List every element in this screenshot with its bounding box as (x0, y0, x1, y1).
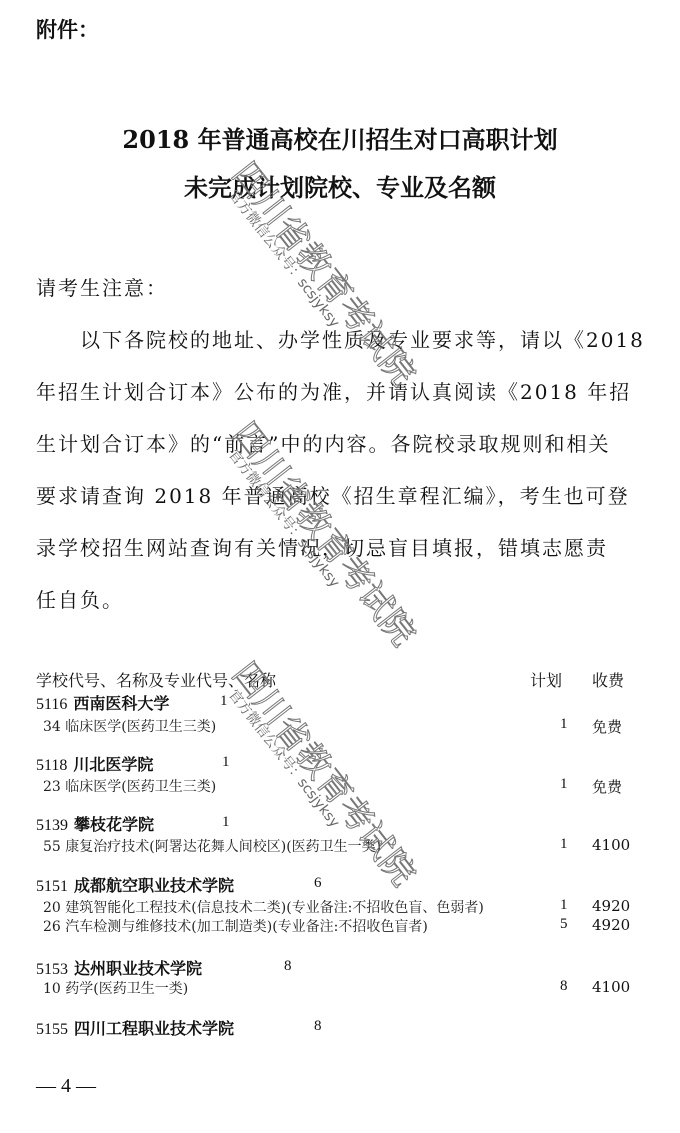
school-name: 川北医学院 (73, 755, 153, 774)
major-row: 34 临床医学(医药卫生三类) (43, 716, 216, 736)
school-row: 5151成都航空职业技术学院 (36, 873, 234, 896)
school-row: 5116西南医科大学 (36, 691, 169, 714)
school-name: 西南医科大学 (73, 694, 169, 713)
major-code: 23 (43, 779, 61, 795)
document-title-line-1: 2018 年普通高校在川招生对口高职计划 (0, 120, 680, 155)
major-fee: 4920 (592, 916, 630, 934)
major-row: 10 药学(医药卫生一类) (43, 978, 188, 998)
major-fee: 4920 (592, 897, 630, 915)
major-plan: 1 (560, 897, 568, 914)
school-code: 5139 (36, 817, 68, 834)
school-name: 四川工程职业技术学院 (74, 1019, 234, 1038)
notice-heading: 请考生注意： (36, 272, 168, 301)
watermark-subtext: 官方微信公众号：scsjyksy (224, 445, 345, 591)
school-row: 5139攀枝花学院 (36, 812, 154, 835)
watermark-subtext: 官方微信公众号：scsjyksy (224, 685, 345, 831)
notice-line: 年招生计划合订本》公布的为准，并请认真阅读《2018 年招 (36, 376, 648, 405)
school-total: 1 (222, 814, 230, 831)
column-header-fee: 收费 (592, 668, 624, 691)
major-plan: 1 (560, 776, 568, 793)
school-total: 1 (220, 693, 228, 710)
notice-line: 录学校招生网站查询有关情况，切忌盲目填报，错填志愿责 (36, 532, 648, 561)
school-total: 8 (314, 1018, 322, 1035)
school-row: 5153达州职业技术学院 (36, 956, 202, 979)
notice-line: 生计划合订本》的“前言”中的内容。各院校录取规则和相关 (36, 428, 648, 457)
school-code: 5118 (36, 757, 67, 774)
major-row: 23 临床医学(医药卫生三类) (43, 776, 216, 796)
school-name: 成都航空职业技术学院 (74, 876, 234, 895)
major-fee: 免费 (592, 776, 622, 797)
major-fee: 4100 (592, 836, 630, 854)
major-plan: 8 (560, 978, 568, 995)
major-name: 康复治疗技术(阿署达花舞人间校区)(医药卫生一类) (65, 839, 381, 855)
major-code: 20 (43, 900, 61, 916)
school-total: 8 (284, 958, 292, 975)
major-plan: 1 (560, 836, 568, 853)
notice-line: 任自负。 (36, 584, 648, 613)
page-number: — 4 — (36, 1075, 96, 1098)
major-plan: 5 (560, 916, 568, 933)
major-row: 20 建筑智能化工程技术(信息技术二类)(专业备注:不招收色盲、色弱者) (43, 897, 484, 917)
school-row: 5155四川工程职业技术学院 (36, 1016, 234, 1039)
major-code: 26 (43, 919, 61, 935)
major-code: 34 (43, 719, 61, 735)
column-header-plan: 计划 (530, 668, 562, 691)
school-name: 达州职业技术学院 (74, 959, 202, 978)
major-name: 汽车检测与维修技术(加工制造类)(专业备注:不招收色盲者) (65, 919, 428, 935)
major-row: 26 汽车检测与维修技术(加工制造类)(专业备注:不招收色盲者) (43, 916, 428, 936)
school-code: 5155 (36, 1021, 68, 1038)
school-name: 攀枝花学院 (74, 815, 154, 834)
major-plan: 1 (560, 716, 568, 733)
watermark-subtext: 官方微信公众号：scsjyksy (224, 185, 345, 331)
school-code: 5116 (36, 696, 67, 713)
attachment-label: 附件： (36, 14, 99, 44)
major-code: 10 (43, 981, 61, 997)
major-name: 临床医学(医药卫生三类) (65, 719, 216, 735)
school-row: 5118川北医学院 (36, 752, 153, 775)
major-fee: 4100 (592, 978, 630, 996)
school-total: 1 (222, 754, 230, 771)
document-title-line-2: 未完成计划院校、专业及名额 (0, 168, 680, 203)
major-name: 药学(医药卫生一类) (65, 981, 188, 997)
major-name: 建筑智能化工程技术(信息技术二类)(专业备注:不招收色盲、色弱者) (65, 900, 484, 916)
notice-line: 以下各院校的地址、办学性质及专业要求等，请以《2018 (36, 324, 648, 353)
major-fee: 免费 (592, 716, 622, 737)
notice-line: 要求请查询 2018 年普通高校《招生章程汇编》，考生也可登 (36, 480, 648, 509)
school-total: 6 (314, 875, 322, 892)
school-code: 5151 (36, 878, 68, 895)
major-name: 临床医学(医药卫生三类) (65, 779, 216, 795)
column-header-name: 学校代号、名称及专业代号、名称 (36, 668, 276, 691)
major-row: 55 康复治疗技术(阿署达花舞人间校区)(医药卫生一类) (43, 836, 381, 856)
major-code: 55 (43, 839, 61, 855)
school-code: 5153 (36, 961, 68, 978)
